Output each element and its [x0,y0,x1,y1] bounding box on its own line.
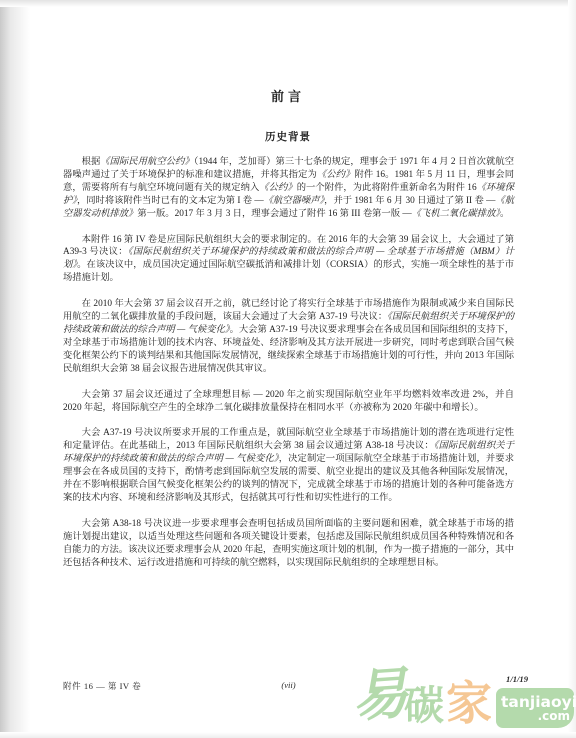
scan-edge-top [0,0,576,7]
paragraph: 大会第 A38-18 号决议进一步要求理事会查明包括成员国所面临的主要问题和困难… [63,518,514,570]
paragraph: 根据《国际民用航空公约》（1944 年，芝加哥）第三十七条的规定，理事会于 19… [63,156,514,221]
scan-edge-right [568,0,576,738]
watermark: 易 碳 家 tanjiaoyi .com [348,662,576,738]
page-footer: 附件 16 — 第 IV 卷 (vii) 1/1/19 [63,680,514,694]
footer-page-number: (vii) [63,680,514,690]
footer-date: 1/1/19 [506,674,528,684]
watermark-site-name: tanjiaoyi [501,694,570,710]
scan-edge-bottom [0,732,576,738]
paragraph: 在 2010 年大会第 37 届会议召开之前，就已经讨论了将实行全球基于市场措施… [63,298,514,375]
paragraph: 大会 A37-19 号决议所要求开展的工作重点是，就国际航空业全球基于市场措施计… [63,427,514,504]
body-text: 根据《国际民用航空公约》（1944 年，芝加哥）第三十七条的规定，理事会于 19… [63,156,514,582]
paragraph: 本附件 16 第 IV 卷是应国际民航组织大会的要求制定的。在 2016 年的大… [63,234,514,286]
scan-edge-left [0,0,30,738]
watermark-site-tld: .com [501,710,570,723]
section-heading: 历史背景 [0,129,576,144]
watermark-badge: tanjiaoyi .com [496,688,574,728]
page-title: 前言 [0,86,576,105]
watermark-char-yi: 易 [350,666,410,726]
paragraph: 大会第 37 届会议还通过了全球理想目标 — 2020 年之前实现国际航空业年平… [63,389,514,415]
